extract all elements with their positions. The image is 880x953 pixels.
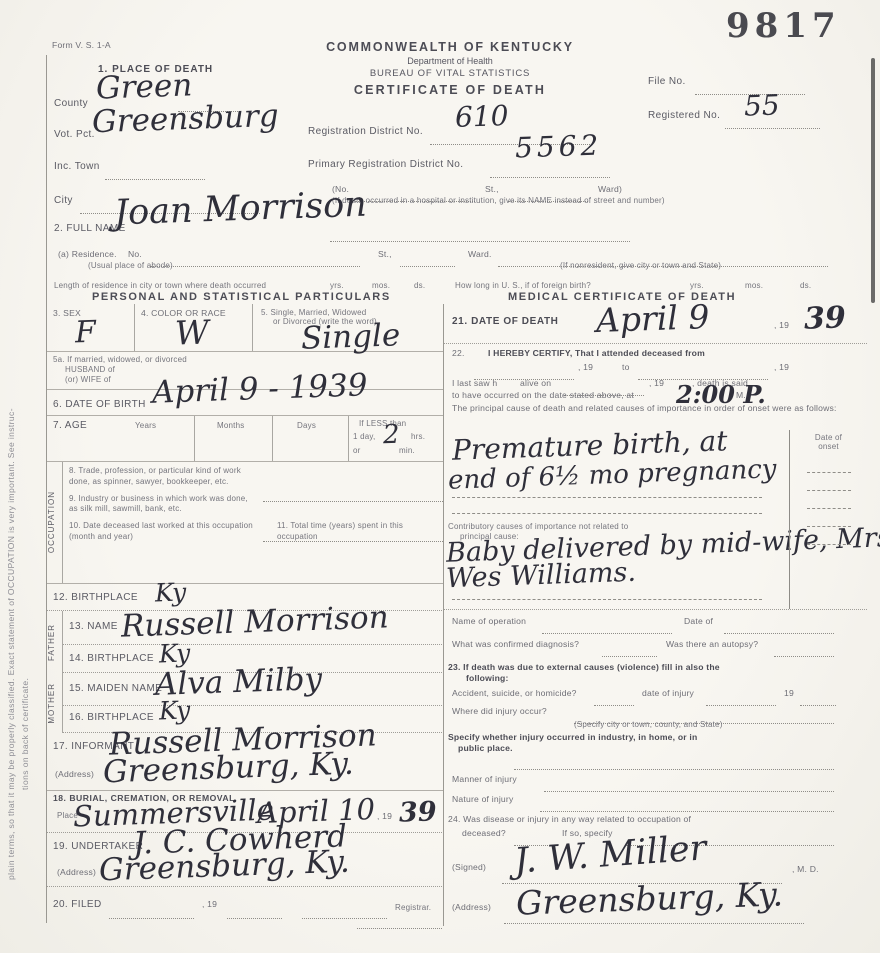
hrs-label: hrs. <box>411 432 425 441</box>
mother-maiden-row: 15. MAIDEN NAME Alva Milby <box>63 673 444 706</box>
days-label: Days <box>297 421 316 430</box>
mos-label: mos. <box>372 281 390 290</box>
date-of-death-label: 21. DATE OF DEATH <box>452 316 559 327</box>
mother-birthplace-value-handwriting: Ky <box>159 697 191 723</box>
undertaker-row: 19. UNDERTAKER J. C. Cowherd (Address) G… <box>47 833 444 887</box>
q23-specify-line1: Specify whether injury occurred in indus… <box>448 732 697 742</box>
registered-no-label: Registered No. <box>648 110 720 121</box>
mother-vertical-label: MOTHER <box>47 683 62 724</box>
file-no-label: File No. <box>648 76 686 87</box>
blank-line <box>400 257 455 267</box>
father-name-value-handwriting: Russell Morrison <box>121 602 390 642</box>
contributory-label-line1: Contributory causes of importance not re… <box>448 522 628 531</box>
date-of-death-row: 21. DATE OF DEATH April 9 , 19 39 <box>444 304 867 344</box>
occupation-vertical-cell: OCCUPATION <box>47 462 63 583</box>
q23-where-label: Where did injury occur? <box>452 706 547 716</box>
registered-no-value-handwriting: 55 <box>744 91 781 120</box>
lastsaw-c: , 19 <box>649 378 664 388</box>
inc-town-label: Inc. Town <box>54 161 100 172</box>
sex-race-marital-row: 3. SEX F 4. COLOR OR RACE W 5. Single, M… <box>47 304 444 352</box>
q23-injury-date-label: date of injury <box>642 688 694 698</box>
blank-line <box>725 119 820 129</box>
blank-line <box>227 909 282 919</box>
autopsy-label: Was there an autopsy? <box>666 639 758 649</box>
medical-column: 21. DATE OF DEATH April 9 , 19 39 22. I … <box>443 304 867 926</box>
occupation-row9-label: 9. Industry or business in which work wa… <box>69 494 254 516</box>
informant-address-label: (Address) <box>55 769 94 779</box>
manner-of-injury-label: Manner of injury <box>452 774 517 784</box>
ds-label: ds. <box>414 281 425 290</box>
margin-instruction-note-2: tions on back of certificate. <box>20 678 30 790</box>
street-st-label: St., <box>485 184 499 194</box>
hospital-note: (If death occurred in a hospital or inst… <box>332 196 665 205</box>
header-commonwealth: COMMONWEALTH OF KENTUCKY <box>295 40 605 54</box>
nonresident-note: (If nonresident, give city or town and S… <box>560 261 721 270</box>
blank-dashed-line <box>452 512 762 514</box>
sex-value-handwriting: F <box>74 318 96 349</box>
age-label: 7. AGE <box>53 420 87 431</box>
primary-district-value-handwriting: 5562 <box>515 131 603 162</box>
registrar-label: Registrar. <box>395 903 431 912</box>
foreign-birth-label: How long in U. S., if of foreign birth? <box>455 281 591 290</box>
blank-line <box>105 170 205 180</box>
abode-note: (Usual place of abode) <box>88 261 173 270</box>
lastsaw-a: I last saw h <box>452 378 497 388</box>
date-of-death-value-handwriting: April 9 <box>595 300 709 337</box>
death-certificate-scan: plain terms, so that it may be properly … <box>0 0 880 953</box>
blank-line <box>109 909 194 919</box>
months-label: Months <box>217 421 244 430</box>
date-of-birth-row: 6. DATE OF BIRTH April 9 - 1939 <box>47 390 444 416</box>
personal-section-title: PERSONAL AND STATISTICAL PARTICULARS <box>92 291 391 303</box>
operation-date-label: Date of <box>684 616 713 626</box>
spouse-line1: 5a. If married, widowed, or divorced <box>53 355 187 364</box>
diagnosis-label: What was confirmed diagnosis? <box>452 639 579 649</box>
spouse-line2: HUSBAND of <box>65 365 115 374</box>
mother-vertical-cell: MOTHER <box>47 673 63 733</box>
q23-accident-label: Accident, suicide, or homicide? <box>452 688 577 698</box>
filed-label: 20. FILED <box>53 899 102 910</box>
min-label: min. <box>399 446 415 455</box>
age-less-than-day-cell: If LESS than 1 day, 2 hrs. or min. <box>349 416 444 461</box>
certify-to-suffix: , 19 <box>774 362 789 372</box>
form-left-rule <box>46 55 47 305</box>
age-months-cell: Months <box>195 416 273 461</box>
or-label: or <box>353 446 361 455</box>
certify-number: 22. <box>452 348 465 358</box>
marital-label-line1: 5. Single, Married, Widowed <box>261 308 366 317</box>
residence-no-label: No. <box>128 249 142 259</box>
signature-address-row: (Address) Greensburg, Ky. <box>444 890 867 926</box>
birthplace-label: 12. BIRTHPLACE <box>53 592 138 603</box>
q23-intro-line1: 23. If death was due to external causes … <box>448 662 720 672</box>
margin-instruction-note: plain terms, so that it may be properly … <box>6 408 16 880</box>
md-label: , M. D. <box>792 864 819 874</box>
informant-row: 17. INFORMANT Russell Morrison (Address)… <box>47 733 444 791</box>
occupation-block: OCCUPATION 8. Trade, profession, or part… <box>47 462 444 584</box>
onset-dash <box>807 525 851 527</box>
marital-cell: 5. Single, Married, Widowed or Divorced … <box>253 304 444 351</box>
county-value-handwriting: Green <box>95 70 192 104</box>
vot-pct-label: Vot. Pct. <box>54 129 95 140</box>
q24-deceased-label: deceased? <box>462 828 506 838</box>
mos-label-2: mos. <box>745 281 763 290</box>
onset-dash <box>807 489 851 491</box>
occupation-row10-label: 10. Date deceased last worked at this oc… <box>69 521 259 543</box>
nature-of-injury-row: Nature of injury <box>444 790 867 810</box>
registration-district-label: Registration District No. <box>308 126 423 137</box>
blank-dashed-line <box>452 496 762 498</box>
manner-of-injury-row: Manner of injury <box>444 770 867 790</box>
filed-row: 20. FILED , 19 Registrar. <box>47 887 444 923</box>
residence-ward-label: Ward. <box>468 249 492 259</box>
blank-line <box>150 257 360 267</box>
certify-text: I HEREBY CERTIFY, That I attended deceas… <box>488 348 705 358</box>
registration-district-value-handwriting: 610 <box>455 102 509 132</box>
nature-of-injury-label: Nature of injury <box>452 794 513 804</box>
father-name-row: 13. NAME Russell Morrison <box>63 611 444 645</box>
blank-line <box>302 909 387 919</box>
lastsaw-e: to have occurred on the date stated abov… <box>452 390 634 400</box>
header-block: COMMONWEALTH OF KENTUCKY Department of H… <box>295 40 605 97</box>
birthplace-value-handwriting: Ky <box>155 579 187 605</box>
blank-line <box>330 232 630 242</box>
age-days-cell: Days <box>273 416 349 461</box>
q24-line1: 24. Was disease or injury in any way rel… <box>448 814 691 824</box>
age-row: 7. AGE Years Months Days If LESS than 1 … <box>47 416 444 462</box>
length-of-residence-label: Length of residence in city or town wher… <box>54 281 266 290</box>
onset-label-line1: Date of <box>790 433 867 442</box>
spouse-line3: (or) WIFE of <box>65 375 111 384</box>
county-label: County <box>54 98 88 109</box>
occupation-row8-label: 8. Trade, profession, or particular kind… <box>69 466 254 488</box>
father-vertical-cell: FATHER <box>47 611 63 673</box>
cause-main-cell: Premature birth, at end of 6½ mo pregnan… <box>444 430 789 609</box>
certify-to: to <box>622 362 630 372</box>
blank-line <box>263 492 443 502</box>
date-of-birth-label: 6. DATE OF BIRTH <box>53 399 146 410</box>
contributory-line2-handwriting: Wes Williams. <box>446 559 637 593</box>
occupation-fields: 8. Trade, profession, or particular kind… <box>63 462 444 583</box>
onset-dash <box>807 471 851 473</box>
onset-label-line2: onset <box>790 442 867 451</box>
header-bureau: BUREAU OF VITAL STATISTICS <box>295 68 605 79</box>
filed-year-prefix: , 19 <box>202 899 217 909</box>
blank-line <box>357 919 442 929</box>
yrs-label-2: yrs. <box>690 281 704 290</box>
cause-and-contributory-block: Premature birth, at end of 6½ mo pregnan… <box>444 430 867 610</box>
scan-edge-artifact <box>871 58 875 303</box>
principal-cause-text: The principal cause of death and related… <box>452 402 852 414</box>
q23-specify-line2: public place. <box>458 743 513 753</box>
date-of-birth-value-handwriting: April 9 - 1939 <box>152 370 368 409</box>
burial-year-value-handwriting: 39 <box>399 798 437 826</box>
q23-specify-note: (Specify city or town, county, and State… <box>574 720 723 729</box>
certificate-number-stamp: 9817 <box>726 6 841 46</box>
certify-from-suffix: , 19 <box>578 362 593 372</box>
external-causes-block: 23. If death was due to external causes … <box>444 656 867 770</box>
yrs-label: yrs. <box>330 281 344 290</box>
header-department: Department of Health <box>295 56 605 66</box>
date-of-onset-column: Date of onset <box>789 430 867 609</box>
signature-address-label: (Address) <box>452 902 491 912</box>
street-ward-label: Ward) <box>598 184 622 194</box>
full-name-value-handwriting: Joan Morrison <box>113 188 367 232</box>
residence-label: (a) Residence. <box>58 249 117 259</box>
undertaker-address-label: (Address) <box>57 867 96 877</box>
blank-dashed-line <box>452 598 762 600</box>
residence-st-label: St., <box>378 249 392 259</box>
father-vertical-label: FATHER <box>47 624 62 661</box>
years-label: Years <box>135 421 156 430</box>
marital-value-handwriting: Single <box>300 320 400 354</box>
color-race-value-handwriting: W <box>174 315 209 349</box>
onset-dash <box>807 507 851 509</box>
undertaker-address-value-handwriting: Greensburg, Ky. <box>99 847 351 887</box>
lastsaw-b: alive on <box>520 378 551 388</box>
operation-label: Name of operation <box>452 616 526 626</box>
q23-year-label: 19 <box>784 688 794 698</box>
form-number: Form V. S. 1-A <box>52 40 111 50</box>
onset-dash <box>807 543 851 545</box>
vot-pct-value-handwriting: Greensburg <box>92 101 280 138</box>
q23-intro-line2: following: <box>466 673 509 683</box>
father-name-label: 13. NAME <box>69 621 118 632</box>
mother-birthplace-label: 16. BIRTHPLACE <box>69 712 154 723</box>
blank-line <box>490 168 610 178</box>
header-title: CERTIFICATE OF DEATH <box>295 83 605 97</box>
ds-label-2: ds. <box>800 281 811 290</box>
certify-block: 22. I HEREBY CERTIFY, That I attended de… <box>444 344 867 430</box>
informant-address-value-handwriting: Greensburg, Ky. <box>103 749 355 789</box>
burial-year-prefix: , 19 <box>377 811 392 821</box>
age-years-cell: 7. AGE Years <box>47 416 195 461</box>
city-label: City <box>54 195 73 206</box>
time-m-label: M. <box>736 390 746 400</box>
dod-year-value-handwriting: 39 <box>803 303 846 334</box>
signature-address-handwriting: Greensburg, Ky. <box>516 877 784 919</box>
blank-line <box>263 532 443 542</box>
primary-district-label: Primary Registration District No. <box>308 159 463 170</box>
occupation-vertical-label: OCCUPATION <box>47 491 62 553</box>
hours-value-handwriting: 2 <box>383 422 400 449</box>
father-birthplace-label: 14. BIRTHPLACE <box>69 653 154 664</box>
less-than-line2: 1 day, <box>353 432 375 441</box>
father-birthplace-value-handwriting: Ky <box>159 640 191 666</box>
sex-cell: 3. SEX F <box>47 304 135 351</box>
operation-row: Name of operation Date of <box>444 610 867 633</box>
blank-line <box>514 760 834 770</box>
mother-maiden-label: 15. MAIDEN NAME <box>69 683 162 694</box>
dod-year-prefix: , 19 <box>774 320 789 330</box>
personal-column: 3. SEX F 4. COLOR OR RACE W 5. Single, M… <box>46 304 444 923</box>
blank-line <box>800 696 836 706</box>
blank-line <box>706 696 776 706</box>
diagnosis-row: What was confirmed diagnosis? Was there … <box>444 633 867 656</box>
signed-label: (Signed) <box>452 862 486 872</box>
blank-line <box>594 696 634 706</box>
color-race-cell: 4. COLOR OR RACE W <box>135 304 253 351</box>
